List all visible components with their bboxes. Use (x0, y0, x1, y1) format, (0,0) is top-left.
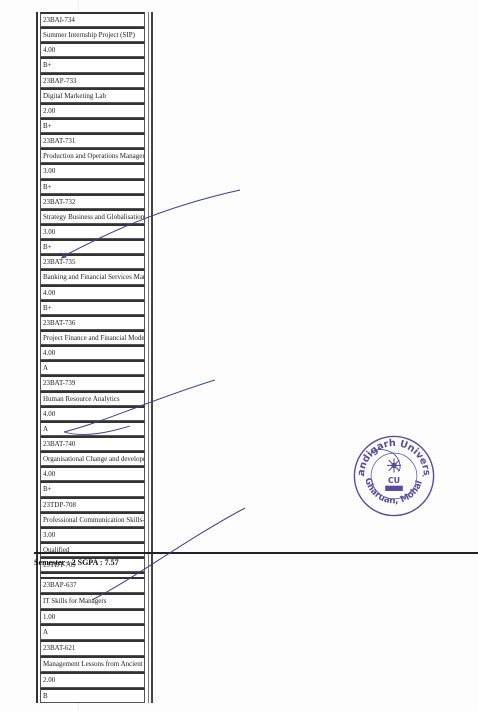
svg-text:•: • (422, 474, 424, 480)
course-code: 23BAT-731 (40, 133, 145, 148)
course-table-semester-continued: 23BAI-734 Summer Internship Project (SIP… (36, 12, 153, 618)
course-title: Human Resource Analytics (40, 391, 145, 406)
table-border (148, 12, 149, 618)
course-title: Production and Operations Management (40, 148, 145, 163)
course-title: Summer Internship Project (SIP) (40, 27, 145, 42)
course-credits: 3.00 (40, 527, 145, 542)
course-grade: B+ (40, 118, 145, 133)
course-code: 23BAP-733 (40, 73, 145, 88)
svg-text:CU: CU (388, 476, 400, 485)
svg-text:Chandigarh University: Chandigarh University (350, 432, 432, 476)
course-credits: 3.00 (40, 163, 145, 178)
course-grade: Qualified (40, 542, 145, 557)
course-credits: 4.00 (40, 466, 145, 481)
course-grade: B (40, 688, 145, 704)
course-code: 23BAT-740 (40, 436, 145, 451)
transcript-page: 23BAI-734 Summer Internship Project (SIP… (0, 0, 478, 711)
course-credits: 4.00 (40, 42, 145, 57)
course-title: Management Lessons from Ancient India (40, 656, 145, 672)
course-credits: 1.00 (40, 609, 145, 625)
course-credits: 3.00 (40, 224, 145, 239)
course-grade: B+ (40, 481, 145, 496)
semester-sgpa-heading: Semester : 2 SGPA : 7.57 (34, 558, 119, 567)
course-code: 23BAI-734 (40, 12, 145, 27)
course-title: Organisational Change and development (40, 451, 145, 466)
course-code: 23BAT-736 (40, 315, 145, 330)
course-code: 23BAT-621 (40, 640, 145, 656)
course-credits: 4.00 (40, 345, 145, 360)
course-grade: B+ (40, 179, 145, 194)
course-title: Digital Marketing Lab (40, 88, 145, 103)
course-code: 23BAT-739 (40, 375, 145, 390)
table-border (148, 577, 149, 703)
university-seal-stamp: Chandigarh University Gharuan, Mohali CU… (350, 432, 438, 520)
course-title: IT Skills for Managers (40, 593, 145, 609)
course-credits: 4.00 (40, 285, 145, 300)
course-credits: 2.00 (40, 103, 145, 118)
course-code: 23BAP-637 (40, 577, 145, 593)
course-code: 23TDP-708 (40, 497, 145, 512)
course-grade: A (40, 624, 145, 640)
course-title: Strategy Business and Globalisation (40, 209, 145, 224)
course-grade: A (40, 421, 145, 436)
course-table-semester-2: 23BAP-637 IT Skills for Managers 1.00 A … (36, 577, 153, 703)
course-grade: B+ (40, 57, 145, 72)
semester-divider (34, 552, 478, 554)
course-code: 23BAT-732 (40, 194, 145, 209)
course-grade: A (40, 360, 145, 375)
course-credits: 4.00 (40, 406, 145, 421)
course-title: Project Finance and Financial Modelling (40, 330, 145, 345)
course-credits: 2.00 (40, 672, 145, 688)
course-code: 23BAT-735 (40, 254, 145, 269)
course-grade: B+ (40, 300, 145, 315)
course-title: Banking and Financial Services Managemen… (40, 269, 145, 284)
course-grade: B+ (40, 239, 145, 254)
svg-text:•: • (362, 474, 364, 480)
course-title: Professional Communication Skills-II (40, 512, 145, 527)
